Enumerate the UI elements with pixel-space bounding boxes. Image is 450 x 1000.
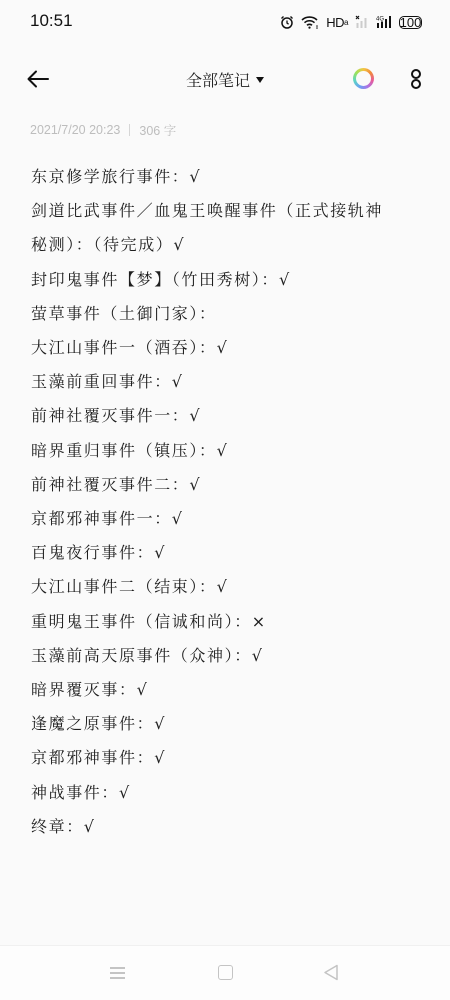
back-triangle-icon[interactable] — [322, 963, 342, 983]
note-body[interactable]: 东京修学旅行事件：√ 剑道比武事件／血鬼王唤醒事件（正式接轨神 秘测）：（待完成… — [31, 160, 423, 844]
note-line: 终章：√ — [31, 810, 423, 844]
alarm-icon — [280, 15, 294, 29]
signal-no-sim-icon — [355, 15, 369, 29]
more-dot-top — [411, 69, 421, 79]
note-line: 前神社覆灭事件二：√ — [31, 468, 423, 502]
note-line: 东京修学旅行事件：√ — [31, 160, 423, 194]
note-line: 京都邪神事件：√ — [31, 741, 423, 775]
note-header: 全部笔记 — [0, 56, 450, 102]
more-dot-bottom — [411, 79, 421, 89]
note-line: 暗界覆灭事：√ — [31, 673, 423, 707]
note-line: 玉藻前高天原事件（众神）：√ — [31, 639, 423, 673]
note-line: 重明鬼王事件（信诚和尚）：× — [31, 605, 423, 639]
page-title: 全部笔记 — [186, 71, 250, 90]
status-icons: HDa 4G 100 — [280, 12, 422, 32]
hd-icon: HDa — [326, 15, 348, 30]
note-datetime: 2021/7/20 20:23 — [30, 123, 120, 137]
note-line: 剑道比武事件／血鬼王唤醒事件（正式接轨神 — [31, 194, 423, 228]
svg-text:4G: 4G — [376, 17, 384, 23]
signal-4g-icon: 4G — [376, 15, 392, 29]
more-options-button[interactable] — [408, 68, 422, 90]
battery-icon: 100 — [399, 16, 422, 29]
note-line: 大江山事件一（酒吞）：√ — [31, 331, 423, 365]
note-line: 玉藻前重回事件：√ — [31, 365, 423, 399]
status-bar: 10:51 HDa 4G 100 — [0, 0, 450, 44]
note-meta: 2021/7/20 20:23 306 字 — [30, 121, 176, 139]
caret-down-icon — [256, 77, 264, 83]
system-nav-bar — [0, 945, 450, 1000]
folder-dropdown[interactable]: 全部笔记 — [0, 68, 450, 91]
note-line: 逢魔之原事件：√ — [31, 707, 423, 741]
note-line: 封印鬼事件【梦】（竹田秀树）：√ — [31, 263, 423, 297]
note-word-count: 306 字 — [139, 121, 176, 139]
status-time: 10:51 — [30, 11, 73, 31]
note-line: 暗界重归事件（镇压）：√ — [31, 434, 423, 468]
note-line: 秘测）：（待完成）√ — [31, 228, 423, 262]
note-line: 萤草事件（土御门家）： — [31, 297, 423, 331]
wifi-icon — [301, 15, 319, 29]
meta-divider — [129, 124, 130, 136]
note-line: 大江山事件二（结束）：√ — [31, 570, 423, 604]
menu-icon[interactable] — [108, 963, 128, 983]
note-line: 京都邪神事件一：√ — [31, 502, 423, 536]
note-line: 百鬼夜行事件：√ — [31, 536, 423, 570]
note-line: 前神社覆灭事件一：√ — [31, 399, 423, 433]
color-ring-icon[interactable] — [353, 68, 374, 89]
home-icon[interactable] — [216, 963, 236, 983]
note-line: 神战事件：√ — [31, 776, 423, 810]
